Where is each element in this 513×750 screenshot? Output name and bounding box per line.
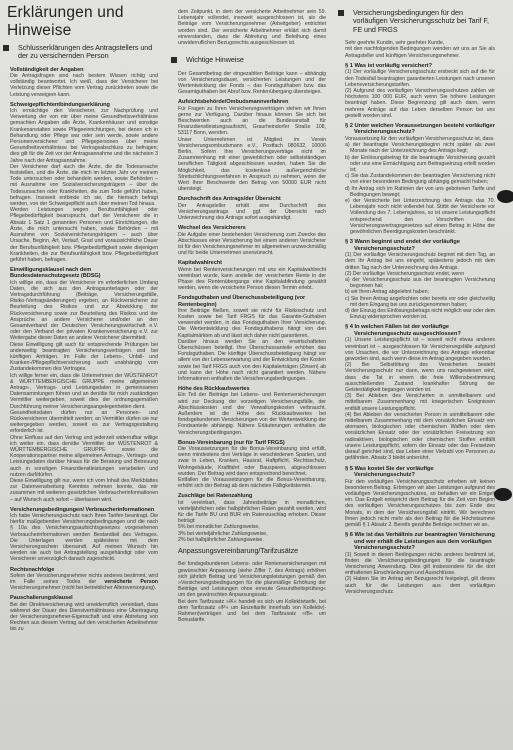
paragraph-heading-5: § 5 Was kostet Sie der vorläufige Versic… [345, 466, 495, 479]
paragraph-item: (4) Bei Ableben der versicherten Person … [345, 412, 495, 462]
paragraph-item: (2) Aufgrund des vorläufigen Versicherun… [345, 88, 495, 119]
paragraph-item: c) Sie Ihren Antrag angefochten oder ber… [345, 296, 495, 308]
paragraph-heading-2: § 2 Unter welchen Voraussetzungen besteh… [345, 123, 495, 136]
greeting-text: mit den nachfolgenden Bedingungen wenden… [345, 46, 495, 58]
text-bonus-2: Entfallen die Voraussetzungen für die Bo… [178, 477, 326, 489]
text-anpassung-1: Bei fondsgebundenen Lebens- oder Rentenv… [178, 561, 326, 598]
text-bdsg-1: Ich willige ein, dass der Versicherer im… [10, 280, 158, 342]
section-heading-schlusserklaerungen: Schlusserklärungen des Antragstellers un… [3, 44, 158, 61]
page-title: Erklärungen und Hinweise [7, 4, 158, 40]
text-anpassung-2: Bei dem Tarifzusatz »/K« handelt es sich… [178, 599, 326, 624]
paragraph-item: (1) Unsere Leistungspflicht ist – soweit… [345, 337, 495, 362]
text-vollstaendigkeit: Die Antragsfragen sind nach bestem Wisse… [10, 73, 158, 98]
paragraph-item: d) der Einzug des Einlösungsbetrags nich… [345, 308, 495, 320]
text-kapitalwahlrecht: Wenn bei Rentenversicherungen mit uns ei… [178, 267, 326, 292]
heading-bdsg: Einwilligungsklausel nach dem Bundesdate… [10, 267, 158, 279]
text-wechsel: Die Aufgabe einer bestehenden Versicheru… [178, 232, 326, 257]
text-bdsg-2: Diese Einwilligung gilt auch für entspre… [10, 342, 158, 373]
paragraph-item: (1) Der vorläufige Versicherungsschutz b… [345, 252, 495, 271]
text-wichtige-hinweise-intro: Der Gesamtbetrag der eingezahlten Beiträ… [178, 71, 326, 96]
text-bonus-1: Die Voraussetzungen für die Bonus-Verein… [178, 446, 326, 477]
paragraph-item: b) der Einlösungsbetrag für die beantrag… [345, 155, 495, 174]
column-left: Erklärungen und Hinweise Schlusserklärun… [10, 0, 158, 633]
text-versicherungsbedingungen: Ich habe Versicherungsschutz nach Ihren … [10, 513, 158, 563]
paragraph-item: c) Sie das Zustandekommen der beantragte… [345, 173, 495, 185]
heading-fondsguthaben: Fondsguthaben und Überschussbeteiligung … [178, 295, 326, 307]
document-page: Erklärungen und Hinweise Schlusserklärun… [0, 0, 513, 750]
paragraph-heading-4: § 4 In welchen Fällen ist der vorläufige… [345, 324, 495, 337]
text-bdsg-6: Diese Einwilligung gilt nur, wenn ich vo… [10, 478, 158, 503]
text-aufsichtsbehoerde-2: Unser Unternehmen ist Mitglied im Verein… [178, 137, 326, 193]
text-bdsg-5: Ohne Einfluss auf den Vertrag und jederz… [10, 435, 158, 478]
paragraph-item: a) der beantragte Versicherungsbeginn ni… [345, 142, 495, 154]
punch-hole-icon [494, 488, 512, 501]
paragraph-item: e) der Versicherte bei Unterzeichnung de… [345, 198, 495, 235]
text-durchschrift: Der Antragsteller erhält eine Durchschri… [178, 203, 326, 222]
text-bdsg-3: Ich willige ferner ein, dass die Unterne… [10, 373, 158, 410]
square-bullet-icon [3, 45, 9, 51]
square-bullet-icon [171, 57, 177, 63]
paragraph-item: (2) Bei Selbsttötung des Versicherten be… [345, 362, 495, 393]
paragraph-item: (1) Der vorläufige Versicherungsschutz e… [345, 69, 495, 88]
paragraph-item: (3) Bei Ableben des Versicherten in unmi… [345, 393, 495, 412]
text-schweigepflicht-3: Werden Leistungen wegen Berufsunfähigkei… [10, 207, 158, 263]
section-heading-anpassung: Anpassungsvereinbarung/Tarifzusätze [171, 547, 326, 555]
text-bdsg-4: Gesundheitsdaten dürfen nur an Personen-… [10, 410, 158, 435]
paragraph-heading-6: § 6 Wie ist das Verhältnis zur beantragt… [345, 532, 495, 552]
section-heading-vorlaeufiger-schutz: Versicherungsbedingungen für den vorläuf… [338, 9, 495, 34]
paragraph-item: (1) Soweit in diesen Bedingungen nichts … [345, 552, 495, 577]
section-heading-wichtige-hinweise: Wichtige Hinweise [171, 56, 326, 64]
paragraph-item: a) der Versicherungsschutz aus der beant… [345, 277, 495, 289]
punch-hole-icon [497, 190, 513, 203]
text-schweigepflicht-2: Der Versicherer darf auch die Ärzte, die… [10, 164, 158, 207]
text-schweigepflicht-1: Ich ermächtige den Versicherer, zur Nach… [10, 108, 158, 164]
paragraph-item: Für den vorläufigen Versicherungsschutz … [345, 479, 495, 529]
column-right: Versicherungsbedingungen für den vorläuf… [345, 0, 495, 595]
text-rueckkaufswert: Ein Teil der Beiträge bei Lebens- und Re… [178, 392, 326, 435]
text-rechtsnachfolge: Sofern der Versicherungsnehmer nichts an… [10, 573, 158, 592]
square-bullet-icon [338, 10, 344, 16]
column-middle: dem Zeitpunkt, in dem der versicherte Ar… [178, 0, 326, 623]
text-zuschlaege: Ist vereinbart, dass Jahresbeiträge in m… [178, 500, 326, 525]
paragraph-item: (2) Haben Sie im Antrag ein Bezugsrecht … [345, 576, 495, 595]
paragraph-heading-3: § 3 Wann beginnt und endet der vorläufig… [345, 239, 495, 252]
text-fondsguthaben-1: Ihre Beiträge fließen, soweit sie nicht … [178, 308, 326, 339]
text-pauschalierung: Bei der Direktversicherung wird unwiderr… [10, 602, 158, 633]
text-continuation: dem Zeitpunkt, in dem der versicherte Ar… [178, 9, 326, 46]
text-fondsguthaben-2: Darüber hinaus werden Sie an den erwirts… [178, 339, 326, 382]
text-aufsichtsbehoerde-1: Für Fragen zu Ihren Versicherungsverträg… [178, 106, 326, 137]
paragraph-item: d) Ihr Antrag sich im Rahmen der von uns… [345, 186, 495, 198]
